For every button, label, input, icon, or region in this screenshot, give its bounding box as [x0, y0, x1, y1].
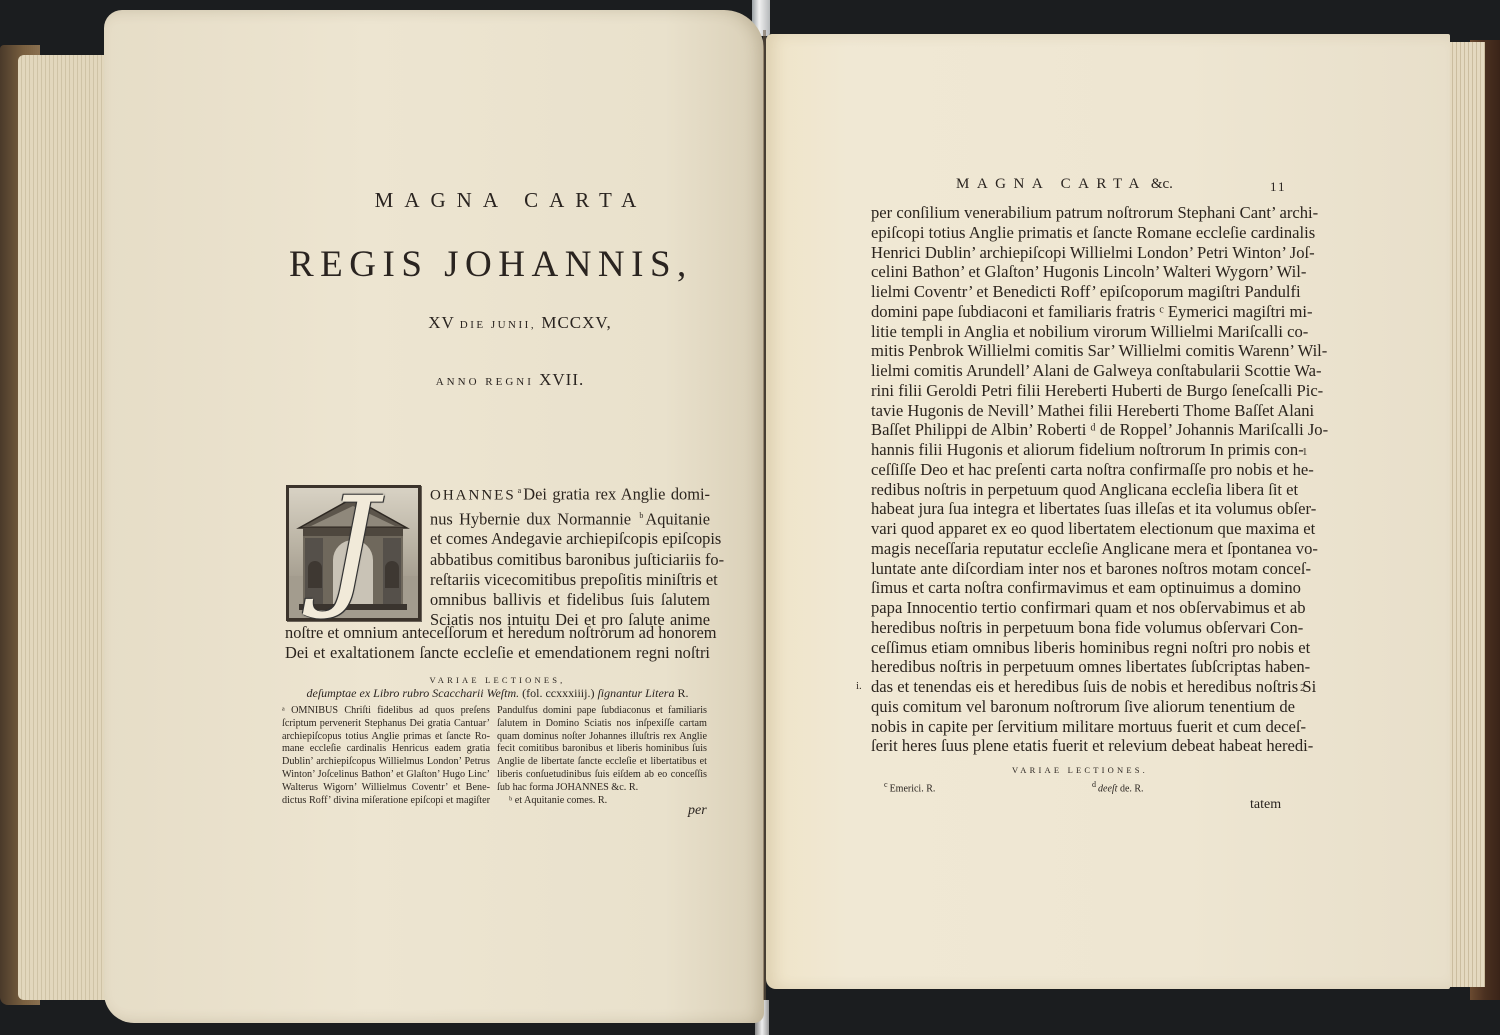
footnote-line: Walterus Wigorn’ Willielmus Coventr’ et … [282, 782, 490, 795]
footnote-line: Dublin’ archiepiſcopus Willielmus London… [282, 756, 490, 769]
footnote-c: cEmerici. R. [882, 780, 935, 794]
footnote-line: Anglie de libertate ſancte eccleſie et l… [497, 756, 707, 769]
footnote-line: Winton’ Joſcelinus Bathon’ et Glaſton’ H… [282, 769, 490, 782]
variae-lectiones-subheading: deſumptae ex Libro rubro Scaccharii Weſt… [285, 686, 710, 701]
margin-clause-number-i: i. [856, 680, 862, 692]
body-line: celini Bathon’ et Glaſton’ Hugonis Linco… [871, 262, 1286, 282]
footnote-line: dictus Roff’ divina miſeratione epiſcopi… [282, 795, 490, 808]
page-edges-right [1445, 42, 1485, 987]
body-line: ſerit heres ſuus plene etatis fuerit et … [871, 736, 1286, 756]
date-day: XV [428, 313, 454, 332]
footnote-line: ᵇ et Aquitanie comes. R. [497, 795, 707, 808]
title-magna-carta: MAGNA CARTA [356, 188, 666, 213]
body-line: nobis in capite per ſervitium militare m… [871, 717, 1286, 737]
page-number: 11 [1270, 179, 1287, 195]
catchword-left: per [688, 803, 707, 819]
footnote-line: ſalutem in Domino Sciatis nos inſpexiſſe… [497, 718, 707, 731]
anno-regni-label: ANNO REGNI [436, 376, 534, 388]
variae-lectiones-heading-right: VARIAE LECTIONES. [1010, 765, 1150, 775]
body-line: Baſſet Philippi de Albin’ Roberti ᵈ de R… [871, 420, 1286, 440]
regnal-year: XVII. [539, 370, 584, 389]
body-line: das et tenendas eis et heredibus ſuis de… [871, 677, 1286, 697]
body-line: ſimus et carta noſtra confirmavimus et e… [871, 578, 1286, 598]
body-line: lielmi comitis Arundell’ Alani de Galwey… [871, 361, 1286, 381]
body-line: Dei et exaltationem ſancte eccleſie et e… [285, 643, 710, 663]
title-regis-johannis: REGIS JOHANNIS, [289, 243, 729, 286]
margin-clause-number-1: 1 [1302, 446, 1308, 458]
charter-opening-full: noſtre et omnium anteceſſorum et heredum… [285, 623, 710, 663]
footnote-line: ſub hac forma JOHANNES &c. R. [497, 782, 707, 795]
catchword-right: tatem [1250, 797, 1281, 813]
body-line: mitis Penbrok Willielmi comitis Sar’ Wil… [871, 341, 1286, 361]
body-line: tavie Hugonis de Nevill’ Mathei filii He… [871, 401, 1286, 421]
regnal-year-line: ANNO REGNI XVII. [420, 370, 600, 390]
body-line: heredibus noſtris in perpetuum omnes lib… [871, 657, 1286, 677]
footnote-line: liberis conſuetudinibus ſuis eiſdem ab e… [497, 769, 707, 782]
footnote-line: ſcriptum pervenerit Stephanus Dei gratia… [282, 718, 490, 731]
date-line: XV DIE JUNII, MCCXV, [400, 313, 640, 333]
body-line: noſtre et omnium anteceſſorum et heredum… [285, 623, 710, 643]
body-line: domini pape ſubdiaconi et familiaris fra… [871, 302, 1286, 322]
date-year: MCCXV, [541, 313, 611, 332]
body-line: Henrici Dublin’ archiepiſcopi Willielmi … [871, 243, 1286, 263]
body-line: et comes Andegavie archiepiſcopis epiſco… [430, 529, 710, 549]
charter-text-continued: per conſilium venerabilium patrum noſtro… [871, 203, 1286, 756]
body-line: papa Innocentio tertio confirmari quam e… [871, 598, 1286, 618]
body-line: vari quod apparet ex eo quod libertatem … [871, 519, 1286, 539]
date-die-junii: DIE JUNII, [460, 319, 536, 331]
body-line: per conſilium venerabilium patrum noſtro… [871, 203, 1286, 223]
initial-letter-j: J [325, 480, 378, 612]
footnote-line: archiepiſcopus totius Anglie primas et ſ… [282, 731, 490, 744]
footnote-line: fecit comitibus baronibus et liberis hom… [497, 743, 707, 756]
body-line: epiſcopi totius Anglie primatis et ſanct… [871, 223, 1286, 243]
body-line: reſtariis vicecomitibus prepoſitis miniſ… [430, 570, 710, 590]
body-line: habeat jura ſua integra et libertates ſu… [871, 499, 1286, 519]
page-edges-left [18, 55, 110, 1000]
footnote-d: ddeeſt de. R. [1090, 780, 1144, 794]
body-line: ceſſimus etiam omnibus liberis hominibus… [871, 638, 1286, 658]
body-line: omnibus ballivis et fidelibus ſuis ſalut… [430, 590, 710, 610]
body-line: quis comitum vel baronum noſtrorum ſive … [871, 697, 1286, 717]
body-line: ceſſiſſe Deo et hac preſenti carta noſtr… [871, 460, 1286, 480]
footnote-line: quam dominus noſter Johannes illuſtris r… [497, 731, 707, 744]
running-head: MAGNA CARTA&c. [956, 176, 1173, 193]
variae-lectiones-heading-left: VARIAE LECTIONES, [285, 675, 710, 685]
body-line: heredibus noſtris in perpetuum bona fide… [871, 618, 1286, 638]
footnote-line: mane eccleſie cardinalis Henricus eadem … [282, 743, 490, 756]
body-line: OHANNESaDei gratia rex Anglie domi- [430, 481, 710, 506]
footnote-column-2: Pandulfus domini pape ſubdiaconus et fam… [497, 705, 707, 807]
decorated-initial-architecture-icon: J [286, 485, 421, 621]
body-line: luntate ante diſcordiam inter nos et bar… [871, 559, 1286, 579]
body-line: nus Hybernie dux Normannie bAquitanie [430, 506, 710, 530]
body-line: rini filii Geroldi Petri filii Hereberti… [871, 381, 1286, 401]
footnote-line: Pandulfus domini pape ſubdiaconus et fam… [497, 705, 707, 718]
body-line: litie templi in Anglia et nobilium viror… [871, 322, 1286, 342]
body-line: lielmi Coventr’ et Benedicti Roff’ epiſc… [871, 282, 1286, 302]
body-line: redibus noſtris in perpetuum quod Anglic… [871, 480, 1286, 500]
body-line: abbatibus comitibus baronibus juſticiari… [430, 550, 710, 570]
footnote-column-1: ᵃ OMNIBUS Chriſti fidelibus ad quos preſ… [282, 705, 490, 807]
margin-clause-number-2: 2 [1300, 682, 1306, 694]
footnote-line: ᵃ OMNIBUS Chriſti fidelibus ad quos preſ… [282, 705, 490, 718]
book-gutter [763, 30, 766, 1000]
body-line: magis neceſſaria reputatur eccleſie Angl… [871, 539, 1286, 559]
body-line: hannis filii Hugonis et aliorum fidelium… [871, 440, 1286, 460]
charter-opening-indented: OHANNESaDei gratia rex Anglie domi- nus … [430, 481, 710, 630]
